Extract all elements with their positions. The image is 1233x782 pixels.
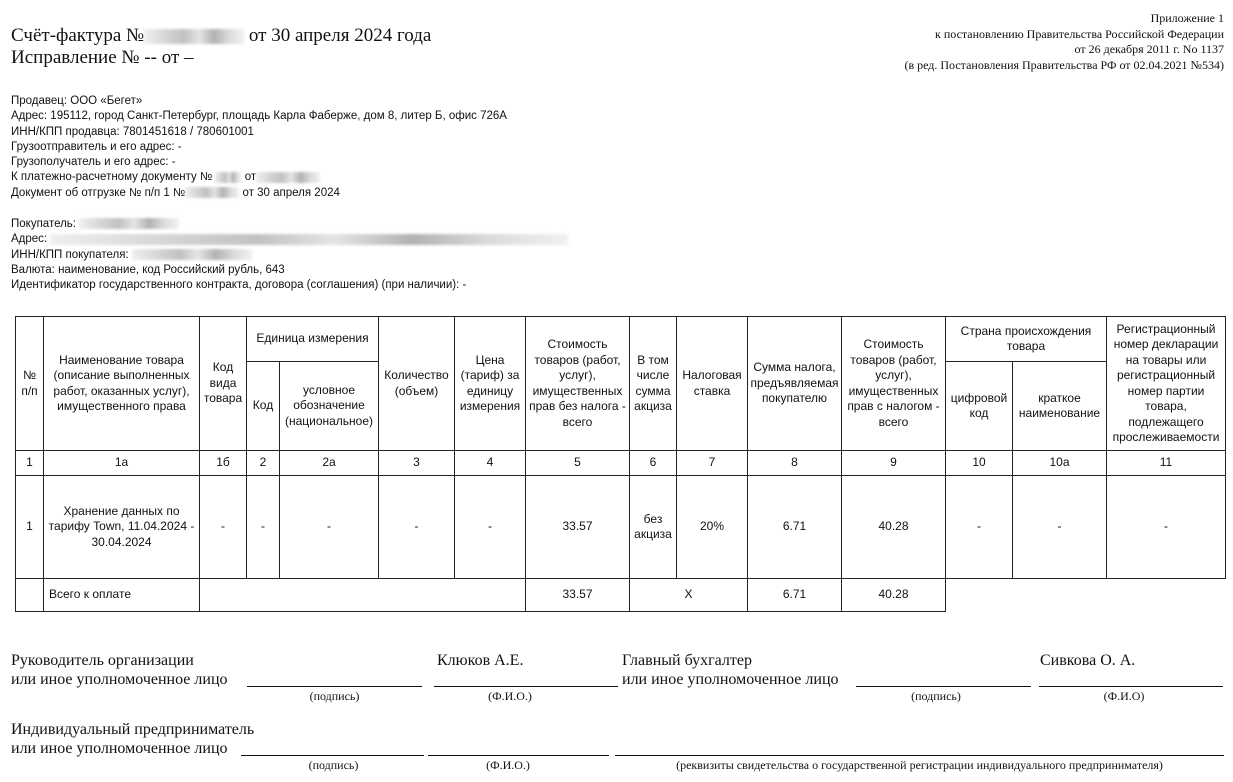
table-header-row: № п/п Наименование товара (описание выпо… — [16, 317, 1226, 362]
cell-excise: без акциза — [630, 476, 677, 579]
column-number: 1б — [200, 451, 247, 476]
redacted-invoice-number — [144, 29, 244, 44]
header-excise: В том числе сумма акциза — [630, 317, 677, 451]
column-numbers-row: 1 1а 1б 2 2а 3 4 5 6 7 8 9 10 10а 11 — [16, 451, 1226, 476]
entrepreneur-signature-line[interactable] — [241, 755, 424, 756]
column-number: 5 — [526, 451, 630, 476]
cell-tax-rate: 20% — [677, 476, 748, 579]
column-number: 11 — [1107, 451, 1226, 476]
accountant-signature-caption: (подпись) — [856, 689, 1016, 704]
total-tax-sum: 6.71 — [748, 579, 842, 612]
header-country-group: Страна происхождения товара — [946, 317, 1107, 362]
cell-cost-with-tax: 40.28 — [842, 476, 946, 579]
head-fio-caption: (Ф.И.О.) — [434, 689, 586, 704]
column-number: 7 — [677, 451, 748, 476]
cell-country-code: - — [946, 476, 1013, 579]
annex-reference: Приложение 1 к постановлению Правительст… — [904, 11, 1224, 73]
shipper: Грузоотправитель и его адрес: - — [11, 140, 507, 155]
cell-unit-name: - — [280, 476, 379, 579]
redacted-buyer-name — [79, 218, 179, 229]
total-cost-no-tax: 33.57 — [526, 579, 630, 612]
header-qty: Количество (объем) — [379, 317, 455, 451]
cell-tax-sum: 6.71 — [748, 476, 842, 579]
buyer-address: Адрес: — [11, 232, 568, 247]
buyer-name: Покупатель: — [11, 217, 568, 232]
column-number: 6 — [630, 451, 677, 476]
seller-address: Адрес: 195112, город Санкт-Петербург, пл… — [11, 109, 507, 124]
header-unit-name: условное обозначение (национальное) — [280, 362, 379, 451]
accountant-fio-line[interactable] — [1039, 686, 1223, 687]
header-reg-number: Регистрационный номер декларации на това… — [1107, 317, 1226, 451]
header-price: Цена (тариф) за единицу измерения — [455, 317, 526, 451]
cell-qty: - — [379, 476, 455, 579]
head-signature-line[interactable] — [247, 686, 422, 687]
cell-country-name: - — [1013, 476, 1107, 579]
column-number: 3 — [379, 451, 455, 476]
cell-unit-code: - — [247, 476, 280, 579]
entrepreneur-fio-line[interactable] — [428, 755, 609, 756]
header-name: Наименование товара (описание выполненны… — [44, 317, 200, 451]
consignee: Грузополучатель и его адрес: - — [11, 155, 507, 170]
cell-num: 1 — [16, 476, 44, 579]
invoice-table: № п/п Наименование товара (описание выпо… — [15, 316, 1226, 612]
payment-document: К платежно-расчетному документу № от — [11, 170, 507, 185]
header-tax-rate: Налоговая ставка — [677, 317, 748, 451]
column-number: 2 — [247, 451, 280, 476]
header-tax-sum: Сумма налога, предъявляемая покупателю — [748, 317, 842, 451]
accountant-fio-caption: (Ф.И.О) — [1039, 689, 1209, 704]
header-unit-group: Единица измерения — [247, 317, 379, 362]
invoice-title-block: Счёт-фактура № от 30 апреля 2024 года Ис… — [11, 25, 431, 69]
header-kind-code: Код вида товара — [200, 317, 247, 451]
accountant-name: Сивкова О. А. — [1040, 651, 1135, 670]
total-empty-cell — [16, 579, 44, 612]
currency: Валюта: наименование, код Российский руб… — [11, 263, 568, 278]
accountant-signature-label: Главный бухгалтер или иное уполномоченно… — [622, 651, 839, 689]
entrepreneur-registration-line[interactable] — [615, 755, 1224, 756]
redacted-payment-date — [256, 172, 320, 183]
head-name: Клюков А.Е. — [437, 651, 523, 670]
column-number: 1а — [44, 451, 200, 476]
head-signature-label: Руководитель организации или иное уполно… — [11, 651, 228, 689]
column-number: 8 — [748, 451, 842, 476]
total-blank-span — [200, 579, 526, 612]
seller-inn-kpp: ИНН/КПП продавца: 7801451618 / 780601001 — [11, 125, 507, 140]
column-number: 9 — [842, 451, 946, 476]
buyer-inn-kpp: ИНН/КПП покупателя: — [11, 248, 568, 263]
head-signature-caption: (подпись) — [247, 689, 422, 704]
cell-cost-no-tax: 33.57 — [526, 476, 630, 579]
redacted-payment-number — [215, 172, 241, 183]
buyer-info: Покупатель: Адрес: ИНН/КПП покупателя: В… — [11, 217, 568, 293]
header-cost-with-tax: Стоимость товаров (работ, услуг), имущес… — [842, 317, 946, 451]
cell-name: Хранение данных по тарифу Town, 11.04.20… — [44, 476, 200, 579]
invoice-title: Счёт-фактура № от 30 апреля 2024 года — [11, 25, 431, 47]
cell-price: - — [455, 476, 526, 579]
total-excise-rate: X — [630, 579, 748, 612]
header-num: № п/п — [16, 317, 44, 451]
column-number: 10а — [1013, 451, 1107, 476]
cell-reg-number: - — [1107, 476, 1226, 579]
seller-name: Продавец: ООО «Бегет» — [11, 94, 507, 109]
column-number: 4 — [455, 451, 526, 476]
entrepreneur-fio-caption: (Ф.И.О.) — [428, 758, 588, 773]
total-label: Всего к оплате — [44, 579, 200, 612]
accountant-signature-line[interactable] — [856, 686, 1031, 687]
header-unit-code: Код — [247, 362, 280, 451]
contract-identifier: Идентификатор государственного контракта… — [11, 278, 568, 293]
shipment-document: Документ об отгрузке № п/п 1 № от 30 апр… — [11, 186, 507, 201]
column-number: 1 — [16, 451, 44, 476]
correction-line: Исправление № -- от – — [11, 47, 431, 69]
column-number: 10 — [946, 451, 1013, 476]
header-country-code: цифровой код — [946, 362, 1013, 451]
total-row: Всего к оплате 33.57 X 6.71 40.28 — [16, 579, 1226, 612]
redacted-buyer-address — [50, 234, 568, 245]
entrepreneur-signature-caption: (подпись) — [241, 758, 426, 773]
total-cost-with-tax: 40.28 — [842, 579, 946, 612]
table-row: 1 Хранение данных по тарифу Town, 11.04.… — [16, 476, 1226, 579]
seller-info: Продавец: ООО «Бегет» Адрес: 195112, гор… — [11, 94, 507, 201]
redacted-shipment-number — [185, 187, 239, 198]
column-number: 2а — [280, 451, 379, 476]
header-country-name: краткое наименование — [1013, 362, 1107, 451]
header-cost-no-tax: Стоимость товаров (работ, услуг), имущес… — [526, 317, 630, 451]
entrepreneur-signature-label: Индивидуальный предприниматель или иное … — [11, 720, 254, 758]
entrepreneur-registration-caption: (реквизиты свидетельства о государственн… — [615, 758, 1224, 773]
cell-kind-code: - — [200, 476, 247, 579]
redacted-buyer-inn — [132, 249, 252, 260]
head-fio-line[interactable] — [434, 686, 618, 687]
